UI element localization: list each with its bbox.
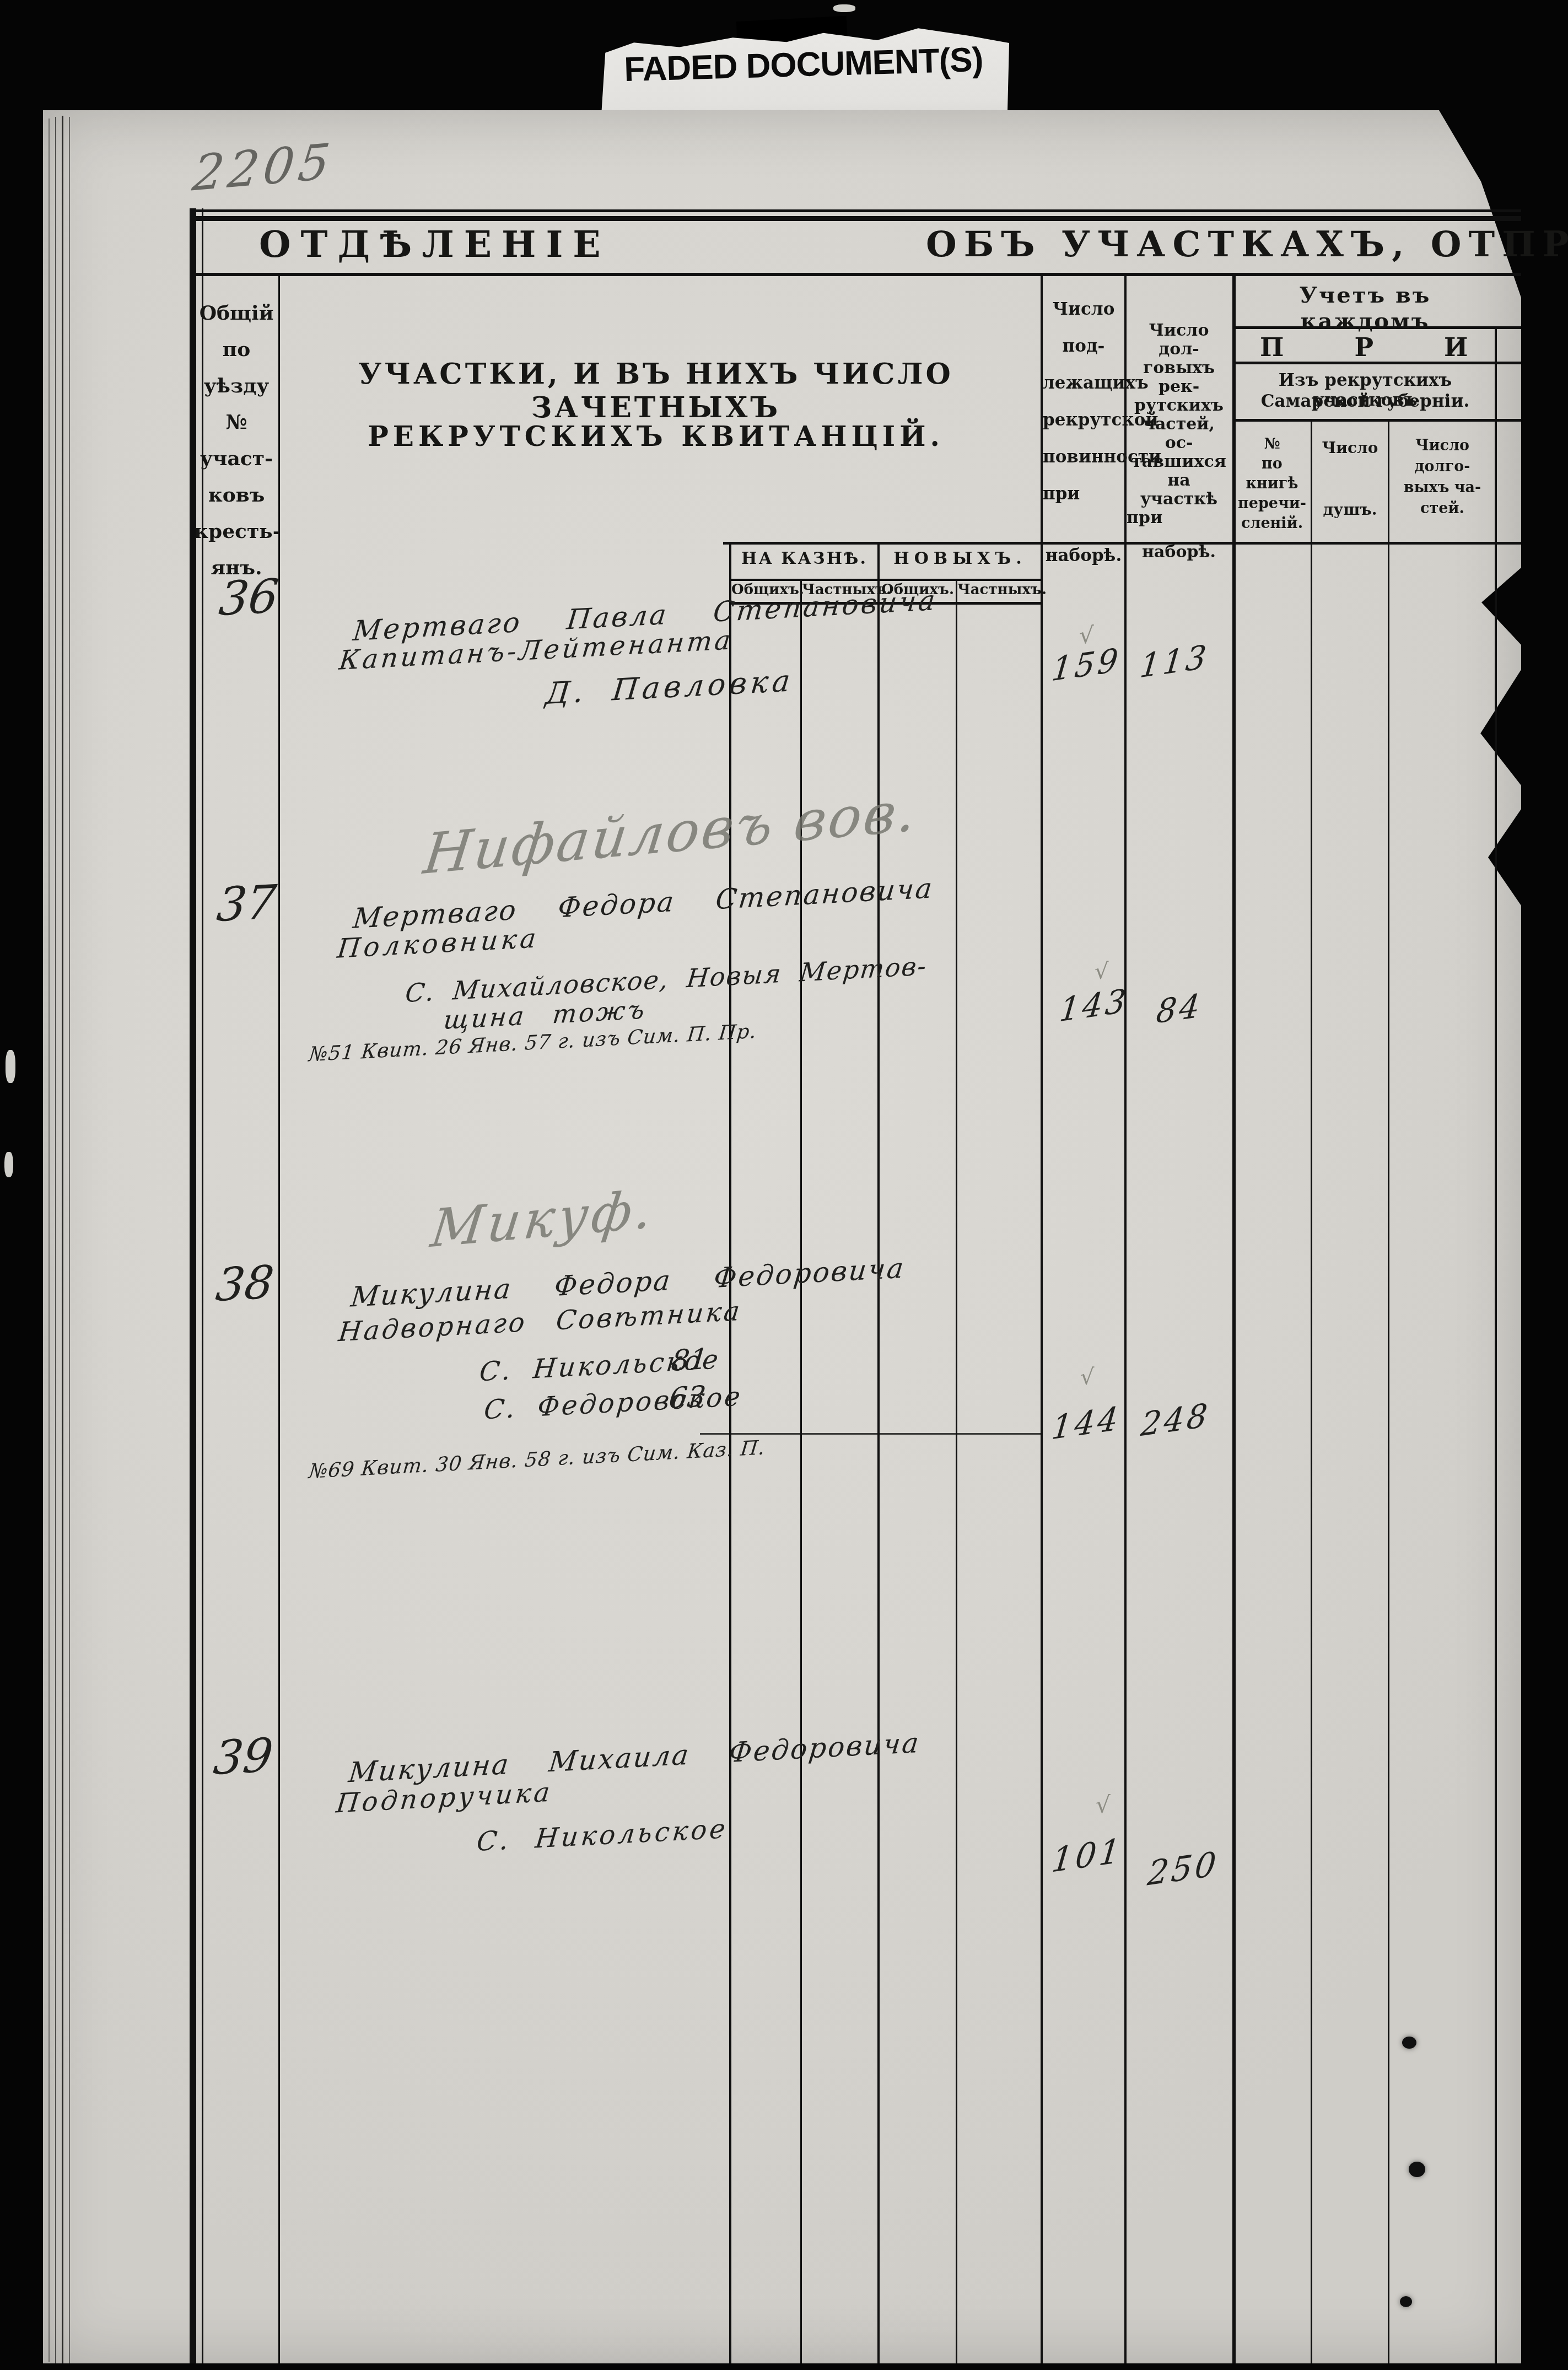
column-header-souls-line1: Число	[1312, 439, 1388, 457]
column-header-book-number: № по книгѣ перечи- сленій.	[1233, 434, 1311, 534]
paper-hole	[1409, 2162, 1425, 2177]
scanned-ledger-page: FADED DOCUMENT(S) 2205 ОТДѢЛЕНІЕ ОБЪ УЧА…	[0, 0, 1568, 2370]
right-section-pri: ПРИ	[1260, 332, 1539, 362]
sum-rule	[700, 1433, 1041, 1435]
table-rule	[956, 579, 957, 2363]
page-edge-line	[62, 116, 63, 2363]
table-rule	[194, 216, 1521, 221]
page-edge-line	[55, 117, 56, 2363]
table-rule	[1124, 274, 1127, 2363]
check-mark: √	[1096, 1791, 1111, 1818]
column-header-souls-line2: душъ.	[1312, 500, 1388, 519]
film-speck	[6, 1050, 15, 1083]
column-header-uezd-number: Общій по уѣзду № участ- ковъ кресть- янъ…	[194, 295, 279, 586]
page-edge-line	[69, 117, 70, 2363]
row-debt-count: 84	[1155, 986, 1204, 1031]
subheader-kazne: НА КАЗНѢ.	[731, 549, 877, 568]
film-speck	[4, 1152, 13, 1177]
row-number: 36	[217, 569, 281, 626]
section-title-left: ОТДѢЛЕНІЕ	[259, 223, 611, 266]
table-rule	[1233, 419, 1521, 422]
right-section-title: Учетъ въ каждомъ	[1233, 282, 1497, 334]
column-header-due: Число под- лежащихъ рекрутской повинност…	[1043, 291, 1124, 574]
row-place-2-souls: 63	[667, 1380, 707, 1415]
subheader-novykh: НОВЫХЪ.	[880, 549, 1041, 568]
column-header-uchastki-line1: УЧАСТКИ, И ВЪ НИХЪ ЧИСЛО ЗАЧЕТНЫХЪ	[309, 357, 1003, 424]
check-mark: √	[1095, 959, 1109, 984]
subheader-chastnykh-2: Частныхъ.	[957, 581, 1041, 598]
row-place-souls: 81	[670, 1343, 709, 1378]
film-speck	[833, 4, 855, 12]
row-number: 38	[213, 1256, 276, 1312]
table-rule	[730, 579, 1042, 581]
paper-hole	[1402, 2037, 1416, 2049]
table-rule	[1388, 419, 1389, 2363]
section-title-right: ОБЪ УЧАСТКАХЪ, ОТПРАВ	[926, 224, 1568, 265]
table-rule	[1232, 274, 1236, 2363]
right-section-subtitle2: Самарской губерніи.	[1233, 391, 1497, 411]
table-rule	[194, 273, 1521, 276]
table-rule	[194, 209, 1521, 212]
page-edge-line	[49, 118, 50, 2362]
row-number: 39	[211, 1728, 276, 1785]
row-number: 37	[214, 875, 279, 932]
table-rule	[1311, 419, 1312, 2363]
column-header-uchastki-line2: РЕКРУТСКИХЪ КВИТАНЦІЙ.	[309, 420, 1003, 453]
faded-document-label: FADED DOCUMENT(S)	[597, 40, 1010, 90]
check-mark: √	[1080, 1365, 1095, 1390]
column-header-debt-parts: Число долго- выхъ ча- стей.	[1389, 435, 1495, 519]
column-header-debt: Число дол- говыхъ рек- рутскихъ частей, …	[1127, 321, 1231, 562]
paper-hole	[1400, 2296, 1412, 2307]
table-rule	[1495, 326, 1497, 2363]
